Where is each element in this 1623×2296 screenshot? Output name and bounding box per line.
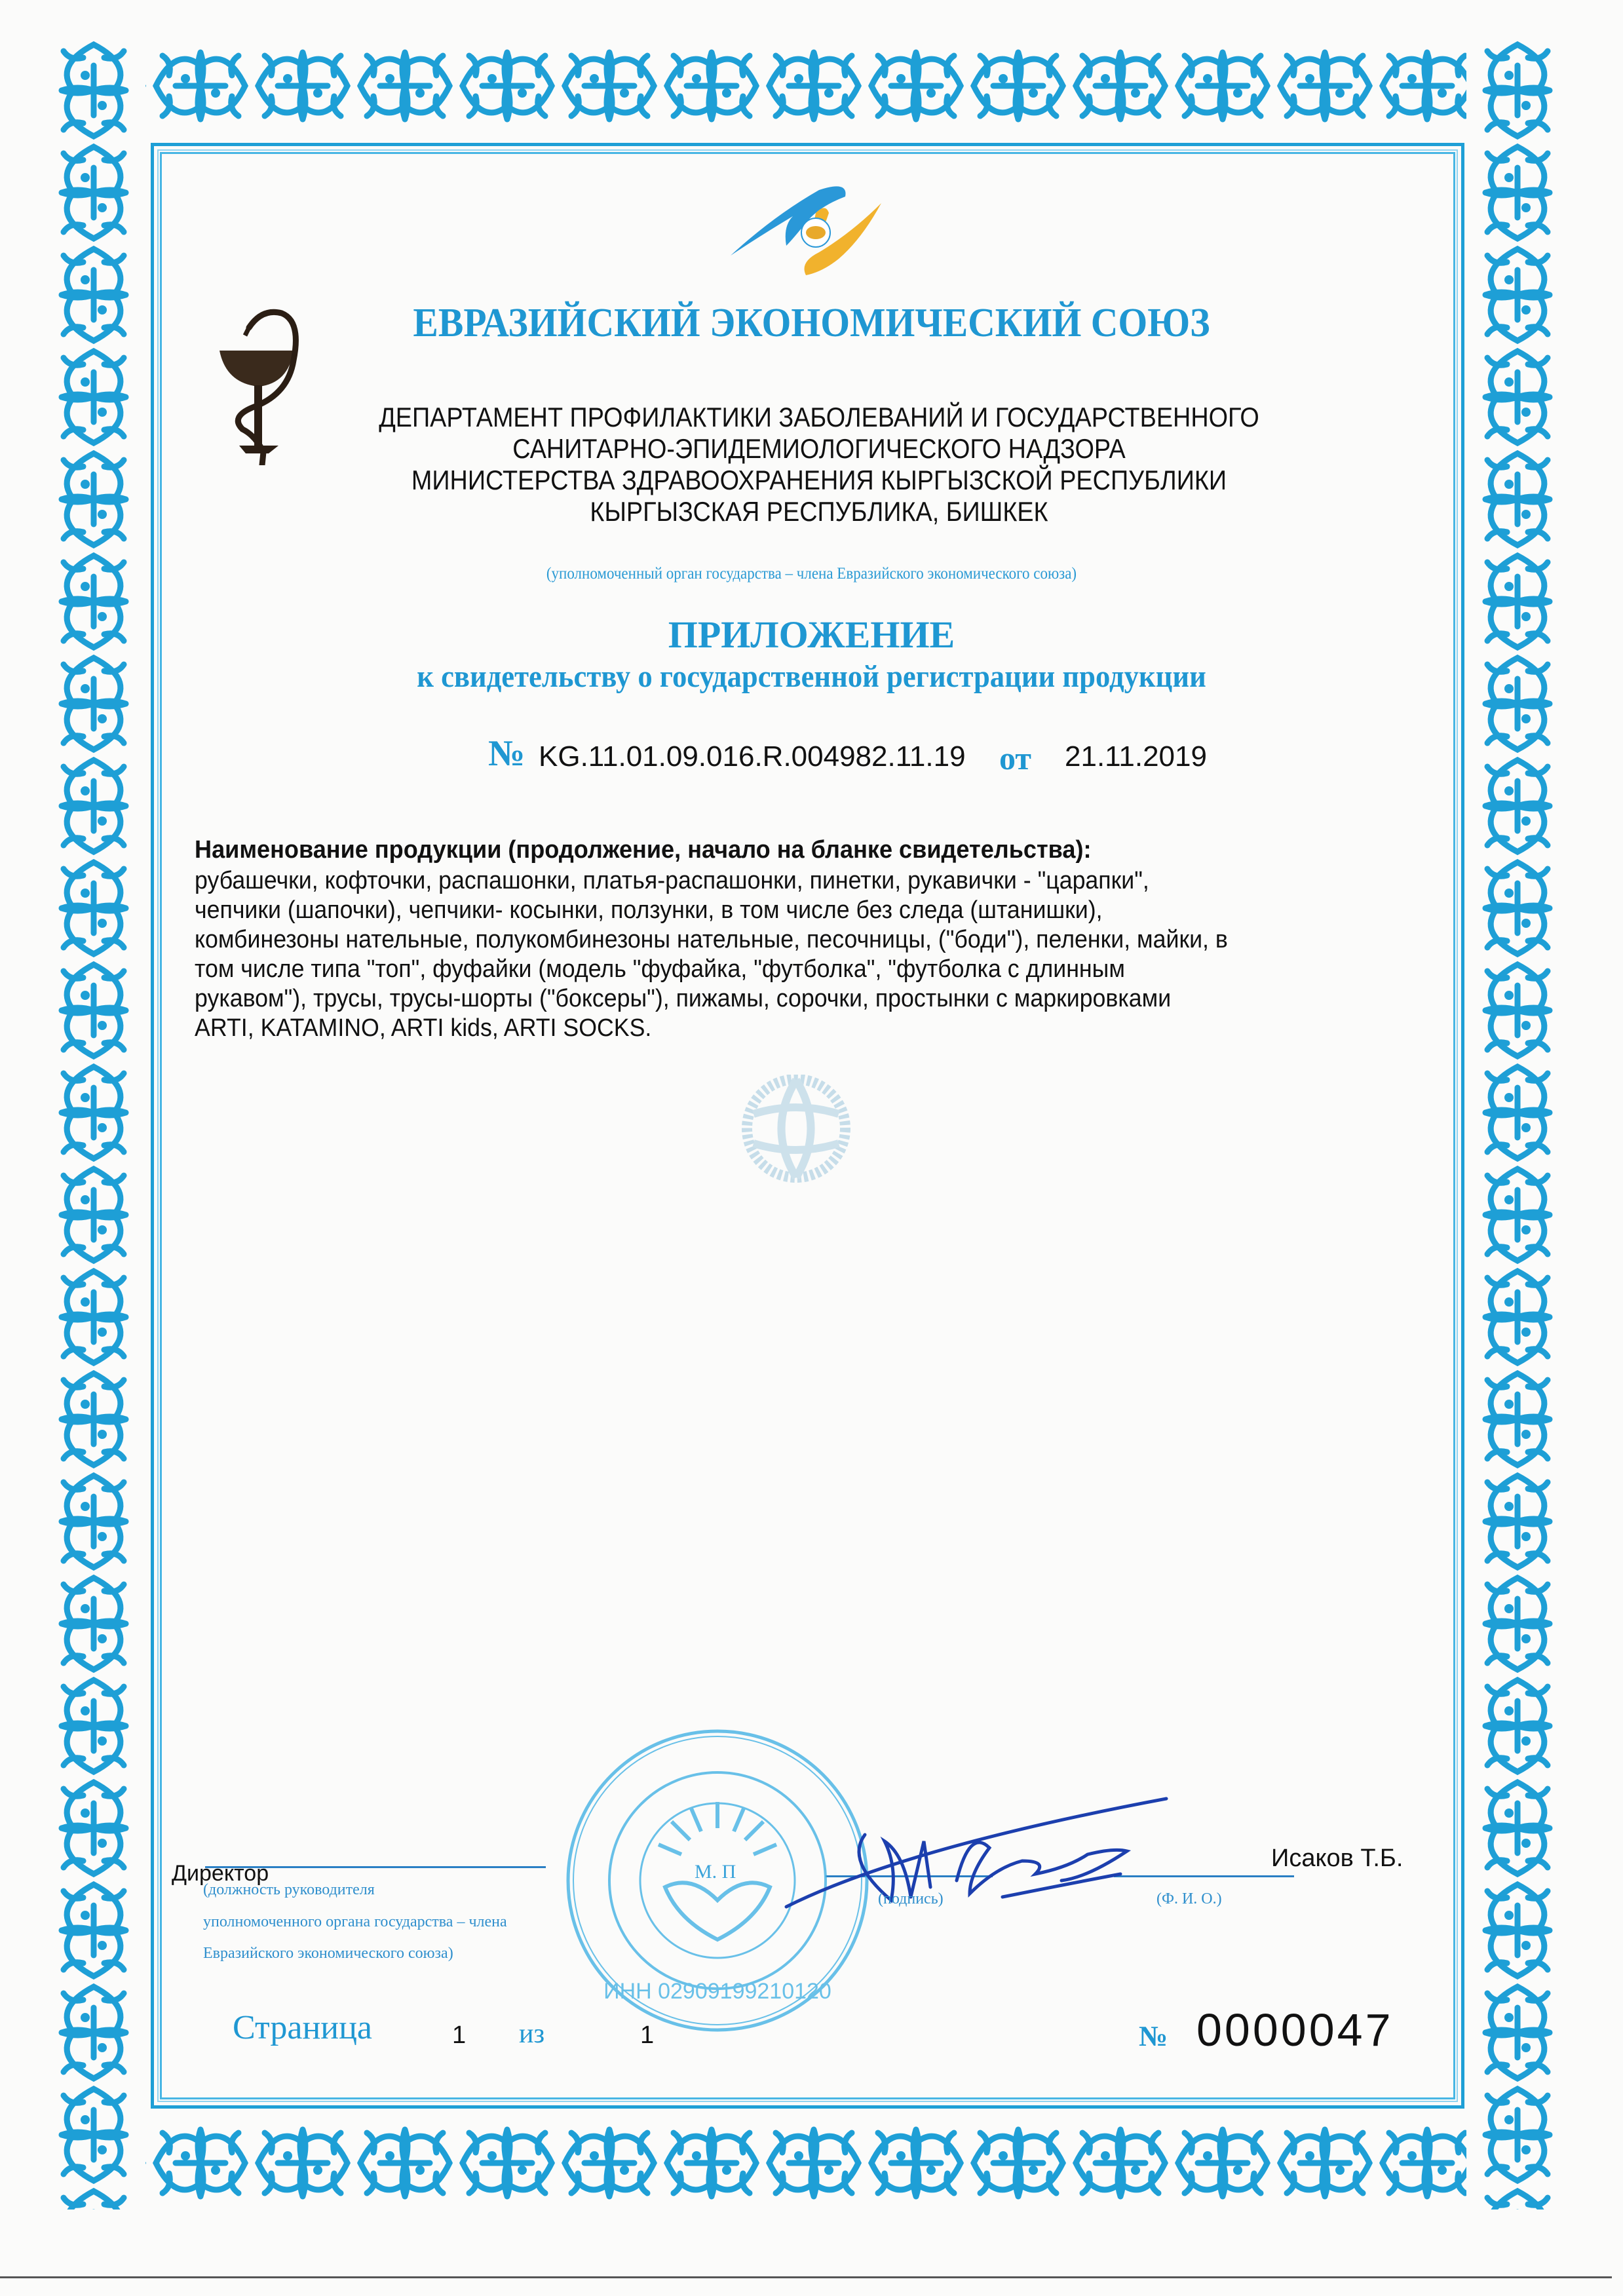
stamp-inn: ИНН 02909199210120 (603, 1979, 831, 2004)
serial-number-sign: № (1139, 2019, 1168, 2053)
signatory-name: Исаков Т.Б. (1271, 1845, 1403, 1873)
position-caption: уполномоченного органа государства – чле… (203, 1913, 507, 1931)
department-line-3: МИНИСТЕРСТВА ЗДРАВООХРАНЕНИЯ КЫРГЫЗСКОЙ … (318, 464, 1320, 497)
products-line: комбинезоны нательные, полукомбинезоны н… (195, 925, 1365, 955)
ornament-border-left (47, 39, 141, 2210)
products-list: рубашечки, кофточки, распашонки, платья-… (195, 866, 1365, 1043)
signature-caption: (подпись) (878, 1890, 944, 1908)
appendix-title: ПРИЛОЖЕНИЕ (0, 613, 1623, 657)
registration-date: 21.11.2019 (1065, 740, 1207, 773)
ornament-border-right (1471, 39, 1565, 2210)
products-line: чепчики (шапочки), чепчики- косынки, пол… (195, 896, 1365, 925)
department-line-4: КЫРГЫЗСКАЯ РЕСПУБЛИКА, БИШКЕК (318, 495, 1320, 528)
registration-number-sign: № (488, 733, 525, 775)
page-current: 1 (452, 2021, 466, 2050)
department-line-1: ДЕПАРТАМЕНТ ПРОФИЛАКТИКИ ЗАБОЛЕВАНИЙ И Г… (318, 401, 1320, 434)
authority-note: (уполномоченный орган государства – член… (65, 565, 1558, 583)
page-total: 1 (640, 2021, 654, 2050)
ornament-border-bottom (47, 2116, 1565, 2210)
stamp-mark: М. П (695, 1861, 736, 1883)
scan-edge-line (0, 2276, 1612, 2278)
products-heading: Наименование продукции (продолжение, нач… (195, 836, 1092, 864)
products-line: том числе типа "топ", фуфайки (модель "ф… (195, 955, 1365, 984)
serial-number: 0000047 (1196, 2004, 1394, 2056)
page-of-label: из (519, 2018, 544, 2050)
department-line-2: САНИТАРНО-ЭПИДЕМИОЛОГИЧЕСКОГО НАДЗОРА (318, 432, 1320, 465)
registration-from-label: от (999, 739, 1031, 777)
ornament-border-top (47, 39, 1565, 132)
eaeu-logo-icon (721, 177, 891, 275)
name-caption: (Ф. И. О.) (1156, 1890, 1222, 1908)
bowl-of-hygieia-icon (216, 301, 308, 465)
position-caption: Евразийского экономического союза) (203, 1945, 453, 1962)
position-caption: (должность руководителя (203, 1881, 375, 1899)
registration-number: KG.11.01.09.016.R.004982.11.19 (539, 740, 966, 773)
products-line: рубашечки, кофточки, распашонки, платья-… (195, 866, 1365, 896)
products-line: ARTI, KATAMINO, ARTI kids, ARTI SOCKS. (195, 1014, 1365, 1043)
appendix-subtitle: к свидетельству о государственной регист… (57, 659, 1567, 695)
products-line: рукавом"), трусы, трусы-шорты ("боксеры"… (195, 984, 1365, 1014)
page-label: Страница (233, 2008, 372, 2047)
watermark-globe-icon (740, 1075, 852, 1183)
signature-icon (773, 1769, 1179, 1920)
